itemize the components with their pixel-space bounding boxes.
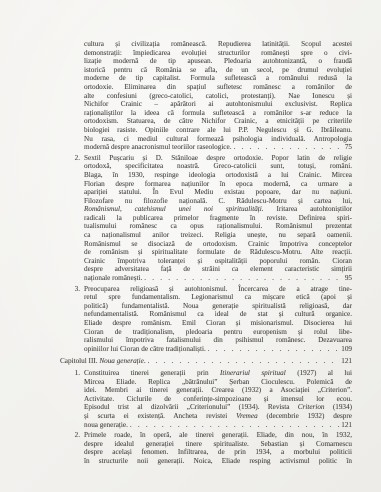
text: apariției statului. În Evul Mediu exista… [84, 188, 352, 196]
text: ralismului împotriva fatalismului din ps… [84, 336, 352, 344]
text: istorică pentru că România se afla, de u… [84, 66, 352, 74]
toc-line: ca naționalismul anilor treizeci. Religi… [84, 231, 352, 240]
text: Mircea Eliade. Replica „bătrânului” Șerb… [84, 378, 352, 386]
toc-line: nefundamentalistă. Românismul ca ideal d… [84, 310, 352, 319]
text: moderne de tip capitalist. Formula sufle… [84, 74, 352, 82]
toc-line: lizație modernă de tip apusean. Pledoari… [84, 57, 352, 66]
toc-line: alte confesiuni (greco-catolici, catolic… [84, 92, 352, 101]
toc-line: opiniilor lui Cioran de către tradiționa… [84, 345, 352, 354]
text: lizație modernă de tip apusean. Pledoari… [84, 57, 352, 65]
toc-line: ortodoxie. Eliminarea din spațiul suflet… [84, 83, 352, 92]
toc-line: de românism și spiritualitate formulate … [84, 248, 352, 257]
leader-text: Capitolul III. Noua generație. [60, 357, 146, 366]
text: naționale românești. [84, 274, 142, 282]
toc-line: Românismul se disociază de ortodoxism. C… [84, 240, 352, 249]
toc-line: Blaga, în 1930, respinge ideologia ortod… [84, 171, 352, 180]
toc-line: ralismului împotriva fatalismului din ps… [84, 336, 352, 345]
text: retul spre fundamentalism. Legionarismul… [84, 293, 352, 301]
toc-line: Nichifor Crainic – apărători ai autohton… [84, 100, 352, 109]
text: ortodoxism. Statuarea, de către Nichifor… [84, 117, 352, 125]
toc-line: ortodoxă, specificitatea noastră. Greco-… [84, 162, 352, 171]
text: biologiei rasiste. Opiniile contrare ale… [84, 126, 352, 134]
toc-entry: 2.Sextil Pușcariu și D. Stăniloae despre… [60, 154, 352, 283]
text: raționaliștilor la ideea că formula sufl… [84, 109, 352, 117]
toc-line: Constituirea tinerei generații prin Itin… [84, 369, 352, 378]
text: ortodoxă, specificitatea noastră. Greco-… [84, 162, 352, 170]
toc-line: Filozofare nu filozofie națională. C. Ră… [84, 197, 352, 206]
text: opiniilor lui Cioran de către tradiționa… [84, 345, 206, 353]
toc-line: Episodul trist al dizolvării „Criterionu… [84, 403, 352, 412]
text: noua generație. [84, 421, 128, 429]
toc-line: noua generație. . . . . . . . . . . . . … [84, 421, 352, 430]
toc-chapter-heading: Capitolul III. Noua generație.. . . . . … [60, 357, 352, 366]
text: tualismului românesc ca opus raționalism… [84, 222, 352, 230]
page-number: 121 [341, 421, 352, 430]
toc-line: despre adversitatea față de străini ca e… [84, 265, 352, 274]
toc-line: demonstrații: împiedicarea evoluției str… [84, 49, 352, 58]
text: Blaga, în 1930, respinge ideologia ortod… [84, 171, 352, 179]
toc-line: în structurile noii generații. Noica, El… [84, 457, 352, 466]
text: ortodoxie. Eliminarea din spațiul suflet… [84, 83, 352, 91]
toc-line: Preocuparea religioasă și autohtonismul.… [84, 285, 352, 294]
toc-line: Capitolul III. Noua generație.. . . . . … [60, 357, 352, 366]
entry-number: 2. [65, 431, 80, 440]
toc-line: Mircea Eliade. Replica „bătrânului” Șerb… [84, 378, 352, 387]
toc-line: Cioran de tradiționalism, pledoaria pent… [84, 328, 352, 337]
toc-line: despre același fenomen. Infiltrarea, de … [84, 448, 352, 457]
italic-text: Vremea [236, 412, 258, 420]
text: Iritarea autohtoniștilor [264, 205, 352, 213]
toc-entry: 1.Constituirea tinerei generații prin It… [60, 369, 352, 429]
text: Crainic împotriva toleranței și ospitali… [84, 257, 352, 265]
toc-line: Florian despre formarea națiunilor în ep… [84, 180, 352, 189]
leader-text: noua generație. [84, 421, 128, 430]
toc-line: cultura și civilizația românească. Repud… [84, 40, 352, 49]
leader-text: naționale românești. [84, 274, 142, 283]
text: Sextil Pușcariu și D. Stăniloae despre o… [84, 154, 352, 162]
toc-entry: 2.Primele roade, în operă, ale tinerei g… [60, 431, 352, 465]
page-number: 75 [345, 143, 352, 152]
page-number: 95 [345, 274, 352, 283]
page-number: 121 [341, 357, 352, 366]
text: radicali la publicarea primelor fragment… [84, 214, 352, 222]
text: Eliade despre românism. Emil Cioran și m… [84, 319, 352, 327]
text: . [144, 357, 146, 365]
text: alte confesiuni (greco-catolici, catolic… [84, 92, 352, 100]
text: Nichifor Crainic – apărători ai autohton… [84, 100, 352, 108]
italic-text: Criterion [298, 403, 325, 411]
italic-text: Românismul, catehismul unei noi spiritua… [84, 205, 264, 213]
entry-number: 2. [65, 154, 80, 163]
text: Capitolul III. [60, 357, 99, 365]
text: cultura și civilizația românească. Repud… [84, 40, 352, 48]
toc-line: Românismul, catehismul unei noi spiritua… [84, 205, 352, 214]
text: în structurile noii generații. Noica, El… [84, 457, 352, 465]
text: despre adversitatea față de străini ca e… [84, 265, 352, 273]
toc-paragraph: cultura și civilizația românească. Repud… [60, 40, 352, 152]
text: Florian despre formarea națiunilor în ep… [84, 180, 352, 188]
page-number: 109 [341, 345, 352, 354]
toc-line: retul spre fundamentalism. Legionarismul… [84, 293, 352, 302]
entry-number: 1. [65, 369, 80, 378]
toc-line: ortodoxism. Statuarea, de către Nichifor… [84, 117, 352, 126]
text: Nu rasa, ci mediul cultural formează psi… [84, 135, 352, 143]
text: Preocuparea religioasă și autohtonismul.… [84, 285, 352, 293]
leader-text: modernă despre anacronismul teoriilor ra… [84, 143, 232, 152]
dot-leader: . . . . . . . . . . . . . . . . . . . . … [148, 357, 341, 366]
table-of-contents: cultura și civilizația românească. Repud… [60, 40, 352, 466]
text: despre idealul generației tinere spiritu… [84, 440, 352, 448]
text: Cioran de tradiționalism, pledoaria pent… [84, 328, 352, 336]
toc-entry: 3.Preocuparea religioasă și autohtonismu… [60, 285, 352, 354]
toc-line: Primele roade, în operă, ale tinerei gen… [84, 431, 352, 440]
text: ca naționalismul anilor treizeci. Religi… [84, 231, 352, 239]
text: (1934) [325, 403, 352, 411]
toc-line: idei. Membri ai tinerei generații. Crear… [84, 386, 352, 395]
text: Constituirea tinerei generații prin [84, 369, 220, 377]
text: Episodul trist al dizolvării „Criterionu… [84, 403, 298, 411]
text: Românismul se disociază de ortodoxism. C… [84, 240, 352, 248]
text: Filozofare nu filozofie națională. C. Ră… [84, 197, 352, 205]
toc-line: apariției statului. În Evul Mediu exista… [84, 188, 352, 197]
dot-leader: . . . . . . . . . . . . . . . . . . . . … [144, 274, 344, 283]
toc-line: biologiei rasiste. Opiniile contrare ale… [84, 126, 352, 135]
toc-line: Eliade despre românism. Emil Cioran și m… [84, 319, 352, 328]
text: de românism și spiritualitate formulate … [84, 248, 352, 256]
entry-number: 3. [65, 285, 80, 294]
text: nefundamentalistă. Românismul ca ideal d… [84, 310, 352, 318]
text: idei. Membri ai tinerei generații. Crear… [84, 386, 352, 394]
text: (decembrie 1932) despre [258, 412, 352, 420]
toc-line: Nu rasa, ci mediul cultural formează psi… [84, 135, 352, 144]
text: (1927) al lui [286, 369, 352, 377]
text: modernă despre anacronismul teoriilor ra… [84, 143, 232, 151]
book-page: cultura și civilizația românească. Repud… [0, 0, 381, 492]
toc-line: naționale românești. . . . . . . . . . .… [84, 274, 352, 283]
dot-leader: . . . . . . . . . . . . . . . . . . . . … [234, 143, 344, 152]
italic-text: Itinerariul spiritual [220, 369, 286, 377]
toc-line: tualismului românesc ca opus raționalism… [84, 222, 352, 231]
text: demonstrații: împiedicarea evoluției str… [84, 49, 352, 57]
text: despre același fenomen. Infiltrarea, de … [84, 448, 352, 456]
toc-line: moderne de tip capitalist. Formula sufle… [84, 74, 352, 83]
italic-text: Noua generație [99, 357, 144, 365]
dot-leader: . . . . . . . . . . . . . . . . . . . . … [208, 345, 340, 354]
toc-line: și scurta ei existență. Ancheta revistei… [84, 412, 352, 421]
leader-text: opiniilor lui Cioran de către tradiționa… [84, 345, 206, 354]
toc-line: modernă despre anacronismul teoriilor ra… [84, 143, 352, 152]
dot-leader: . . . . . . . . . . . . . . . . . . . . … [130, 421, 340, 430]
text: și scurta ei existență. Ancheta revistei [84, 412, 236, 420]
text: politică) fundamentalistă. Noua generați… [84, 302, 352, 310]
text: Primele roade, în operă, ale tinerei gen… [84, 431, 352, 439]
text: Activitate. Ciclurile de conferințe-simp… [84, 395, 352, 403]
